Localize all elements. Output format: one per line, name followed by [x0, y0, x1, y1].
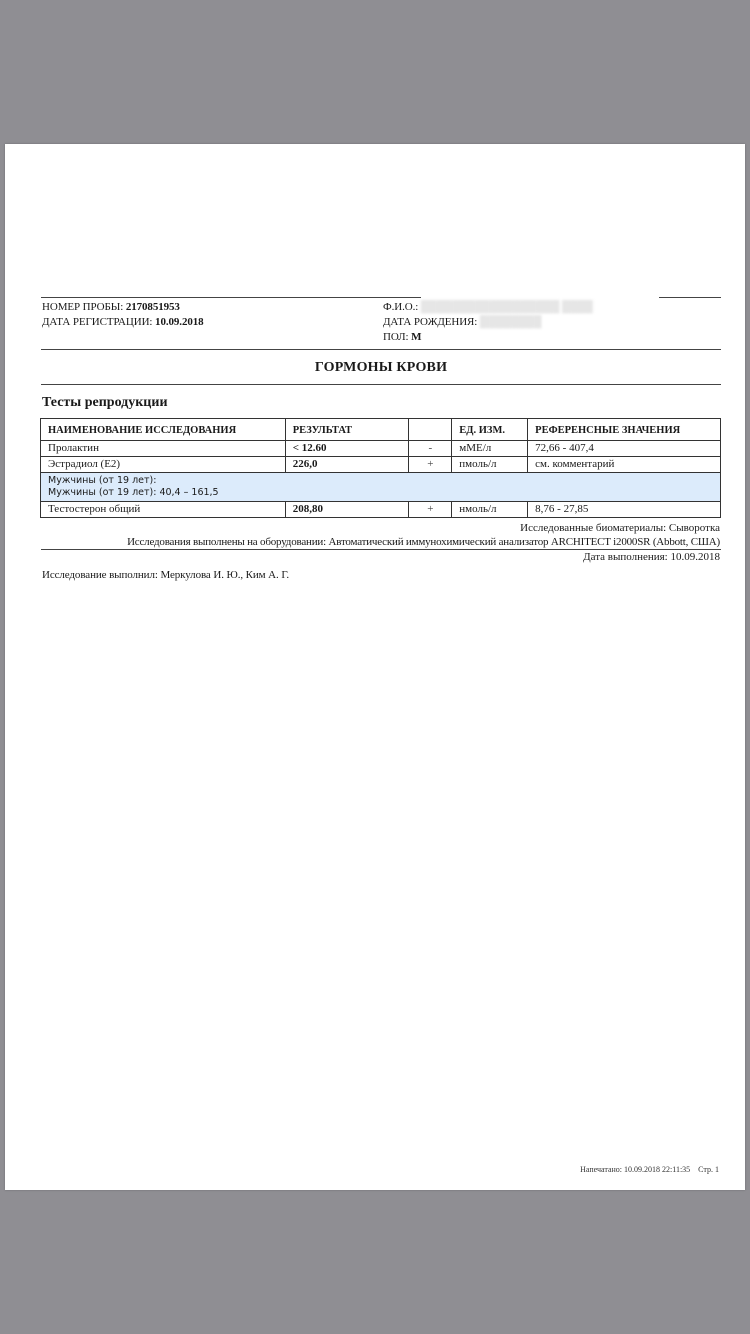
table-header-row: НАИМЕНОВАНИЕ ИССЛЕДОВАНИЯ РЕЗУЛЬТАТ ЕД. … — [41, 419, 721, 441]
header-top-rule-right — [659, 297, 721, 298]
registration-date: ДАТА РЕГИСТРАЦИИ: 10.09.2018 — [42, 316, 204, 328]
table-row: Тестостерон общий 208,80 + нмоль/л 8,76 … — [41, 502, 721, 518]
test-flag: - — [409, 441, 452, 457]
title-rule — [41, 384, 721, 385]
patient-name-value-redacted: ██████████████████ ████ — [421, 301, 593, 313]
test-reference: 72,66 - 407,4 — [528, 441, 721, 457]
page-number: Стр. 1 — [698, 1165, 719, 1174]
report-title: ГОРМОНЫ КРОВИ — [41, 360, 721, 376]
header-bottom-rule — [41, 349, 721, 350]
performed-by: Исследование выполнил: Меркулова И. Ю., … — [42, 569, 289, 581]
column-header-test-name: НАИМЕНОВАНИЕ ИССЛЕДОВАНИЯ — [41, 419, 286, 441]
sex: ПОЛ: М — [383, 331, 421, 343]
printed-timestamp: Напечатано: 10.09.2018 22:11:35 — [580, 1165, 690, 1174]
test-unit: мМЕ/л — [452, 441, 528, 457]
section-title: Тесты репродукции — [42, 395, 168, 411]
birth-date-value-redacted: ████████ — [480, 316, 542, 328]
table-row: Пролактин < 12.60 - мМЕ/л 72,66 - 407,4 — [41, 441, 721, 457]
patient-name: Ф.И.О.: ██████████████████ ████ — [383, 301, 593, 313]
reference-comment: Мужчины (от 19 лет): Мужчины (от 19 лет)… — [41, 473, 721, 502]
test-reference: см. комментарий — [528, 457, 721, 473]
equipment-note: Исследования выполнены на оборудовании: … — [127, 536, 720, 548]
comment-row: Мужчины (от 19 лет): Мужчины (от 19 лет)… — [41, 473, 721, 502]
test-flag: + — [409, 457, 452, 473]
report-page: НОМЕР ПРОБЫ: 2170851953 ДАТА РЕГИСТРАЦИИ… — [5, 144, 745, 1190]
equipment-rule — [41, 549, 721, 550]
results-table: НАИМЕНОВАНИЕ ИССЛЕДОВАНИЯ РЕЗУЛЬТАТ ЕД. … — [40, 418, 721, 518]
test-result: 226,0 — [285, 457, 409, 473]
table-row: Эстрадиол (E2) 226,0 + пмоль/л см. комме… — [41, 457, 721, 473]
print-footer: Напечатано: 10.09.2018 22:11:35 Стр. 1 — [580, 1165, 719, 1174]
column-header-flag — [409, 419, 452, 441]
column-header-result: РЕЗУЛЬТАТ — [285, 419, 409, 441]
column-header-unit: ЕД. ИЗМ. — [452, 419, 528, 441]
test-name: Тестостерон общий — [41, 502, 286, 518]
sample-number-value: 2170851953 — [126, 301, 180, 313]
test-name: Пролактин — [41, 441, 286, 457]
test-flag: + — [409, 502, 452, 518]
test-name: Эстрадиол (E2) — [41, 457, 286, 473]
biomaterial-note: Исследованные биоматериалы: Сыворотка — [520, 522, 720, 534]
column-header-reference: РЕФЕРЕНСНЫЕ ЗНАЧЕНИЯ — [528, 419, 721, 441]
sample-number: НОМЕР ПРОБЫ: 2170851953 — [42, 301, 180, 313]
test-result: 208,80 — [285, 502, 409, 518]
test-reference: 8,76 - 27,85 — [528, 502, 721, 518]
registration-date-value: 10.09.2018 — [155, 316, 204, 328]
completion-date: Дата выполнения: 10.09.2018 — [583, 551, 720, 563]
test-result: < 12.60 — [285, 441, 409, 457]
test-unit: пмоль/л — [452, 457, 528, 473]
birth-date: ДАТА РОЖДЕНИЯ: ████████ — [383, 316, 541, 328]
header-top-rule-left — [41, 297, 421, 298]
test-unit: нмоль/л — [452, 502, 528, 518]
sex-value: М — [411, 331, 421, 343]
